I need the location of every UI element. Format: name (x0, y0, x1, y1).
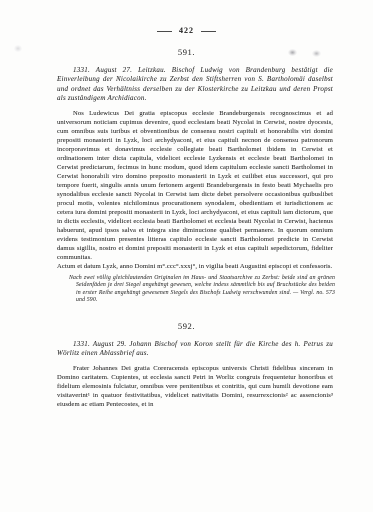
entry-summary-german: 1331. August 27. Leitzkau. Bischof Ludwi… (57, 66, 333, 104)
entry-body-latin: Frater Johannes Dei gratia Coreracensis … (57, 364, 333, 409)
entry-number: 591. (0, 47, 373, 57)
book-page: 422 591. 1331. August 27. Leitzkau. Bisc… (0, 0, 373, 512)
charter-entry-592: 592. 1331. August 29. Johann Bischof von… (0, 321, 373, 409)
entry-dating-clause: Actum et datum Lyzk, anno Domini m°.ccc°… (57, 262, 333, 271)
header-rule-right (201, 31, 216, 32)
entry-summary-german: 1331. August 29. Johann Bischof von Koro… (57, 340, 333, 359)
header-rule-left (157, 31, 172, 32)
page-number: 422 (179, 27, 194, 35)
entry-body-latin: Nos Ludewicus Dei gratia episcopus eccle… (57, 109, 333, 262)
charter-entry-591: 591. 1331. August 27. Leitzkau. Bischof … (0, 47, 373, 305)
entry-source-note: Nach zwei völlig gleichlautenden Origina… (69, 275, 335, 305)
entry-number: 592. (0, 321, 373, 331)
page-header: 422 (0, 0, 373, 35)
